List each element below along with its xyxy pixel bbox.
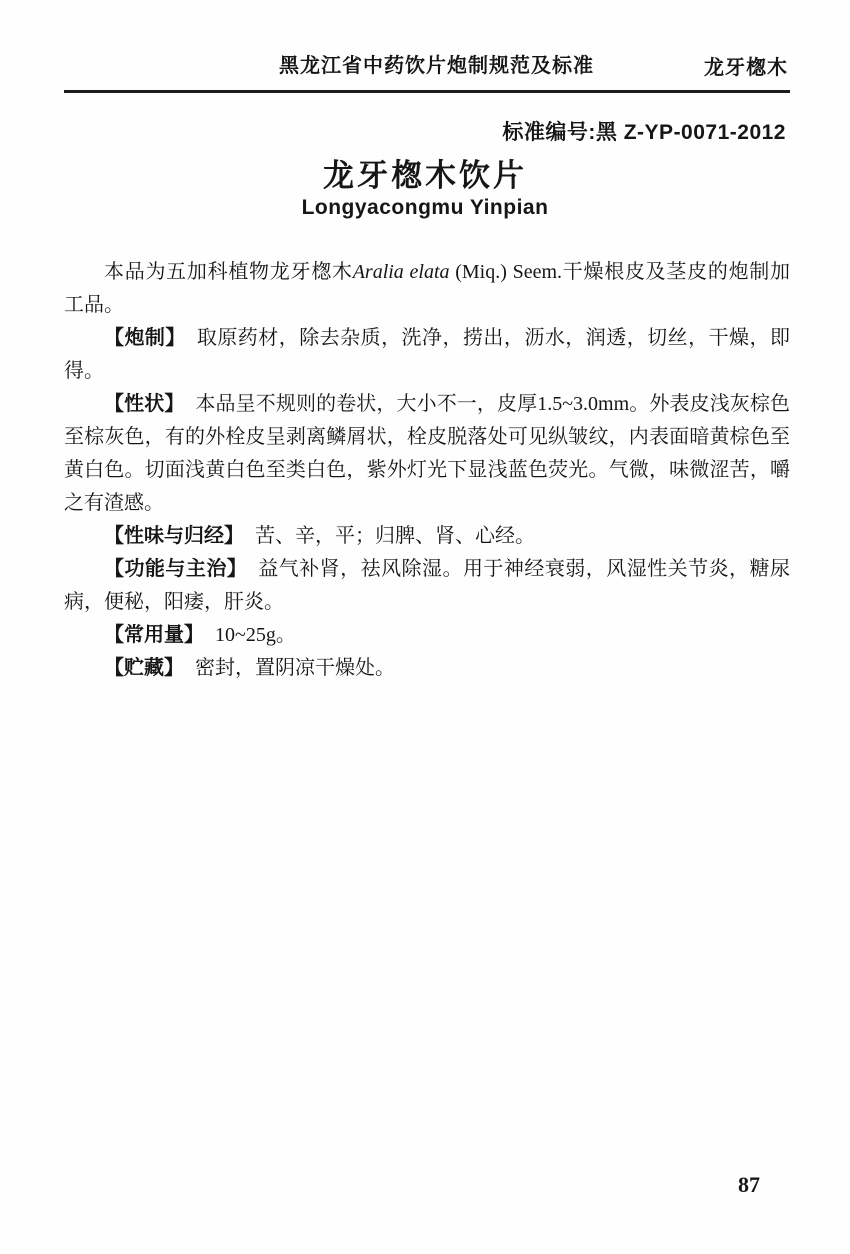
entry-changyongliang: 【常用量】10~25g。 bbox=[64, 619, 790, 652]
entry-label: 【炮制】 bbox=[104, 327, 186, 349]
book-title: 黑龙江省中药饮片炮制规范及标准 bbox=[279, 49, 594, 78]
entry-text: 10~25g。 bbox=[215, 624, 296, 646]
page-number: 87 bbox=[738, 1172, 760, 1198]
entry-text: 苦、辛，平；归脾、肾、心经。 bbox=[255, 525, 535, 547]
entry-xingzhuang: 【性状】本品呈不规则的卷状，大小不一，皮厚1.5~3.0mm。外表皮浅灰棕色至棕… bbox=[64, 388, 790, 520]
chapter-title: 龙牙楤木 bbox=[704, 51, 788, 80]
entry-label: 【常用量】 bbox=[104, 624, 204, 646]
entry-gongneng-zhuzhi: 【功能与主治】益气补肾，祛风除湿。用于神经衰弱，风湿性关节炎，糖尿病，便秘，阳痿… bbox=[64, 553, 790, 619]
drug-title: 龙牙楤木饮片 bbox=[0, 150, 850, 195]
drug-pinyin: Longyacongmu Yinpian bbox=[0, 196, 850, 220]
latin-name-author: (Miq.) Seem. bbox=[450, 261, 563, 283]
standard-number: 标准编号:黑 Z-YP-0071-2012 bbox=[502, 116, 786, 146]
entry-label: 【贮藏】 bbox=[104, 657, 184, 679]
entry-xingwei-guijing: 【性味与归经】苦、辛，平；归脾、肾、心经。 bbox=[64, 520, 790, 553]
document-page: 黑龙江省中药饮片炮制规范及标准 龙牙楤木 标准编号:黑 Z-YP-0071-20… bbox=[0, 0, 850, 1254]
entry-zhucang: 【贮藏】密封，置阴凉干燥处。 bbox=[64, 652, 790, 685]
entry-label: 【性味与归经】 bbox=[104, 525, 244, 547]
entry-label: 【功能与主治】 bbox=[104, 558, 247, 580]
page-header: 黑龙江省中药饮片炮制规范及标准 龙牙楤木 bbox=[64, 42, 790, 93]
intro-before-latin: 本品为五加科植物龙牙楤木 bbox=[104, 261, 353, 283]
entry-text: 密封，置阴凉干燥处。 bbox=[195, 657, 395, 679]
entry-paozhi: 【炮制】取原药材，除去杂质，洗净，捞出，沥水，润透，切丝，干燥，即得。 bbox=[64, 322, 790, 388]
latin-name-italic: Aralia elata bbox=[353, 261, 450, 283]
intro-paragraph: 本品为五加科植物龙牙楤木Aralia elata (Miq.) Seem.干燥根… bbox=[64, 256, 790, 322]
body-text: 本品为五加科植物龙牙楤木Aralia elata (Miq.) Seem.干燥根… bbox=[64, 256, 790, 685]
entry-label: 【性状】 bbox=[104, 393, 184, 415]
